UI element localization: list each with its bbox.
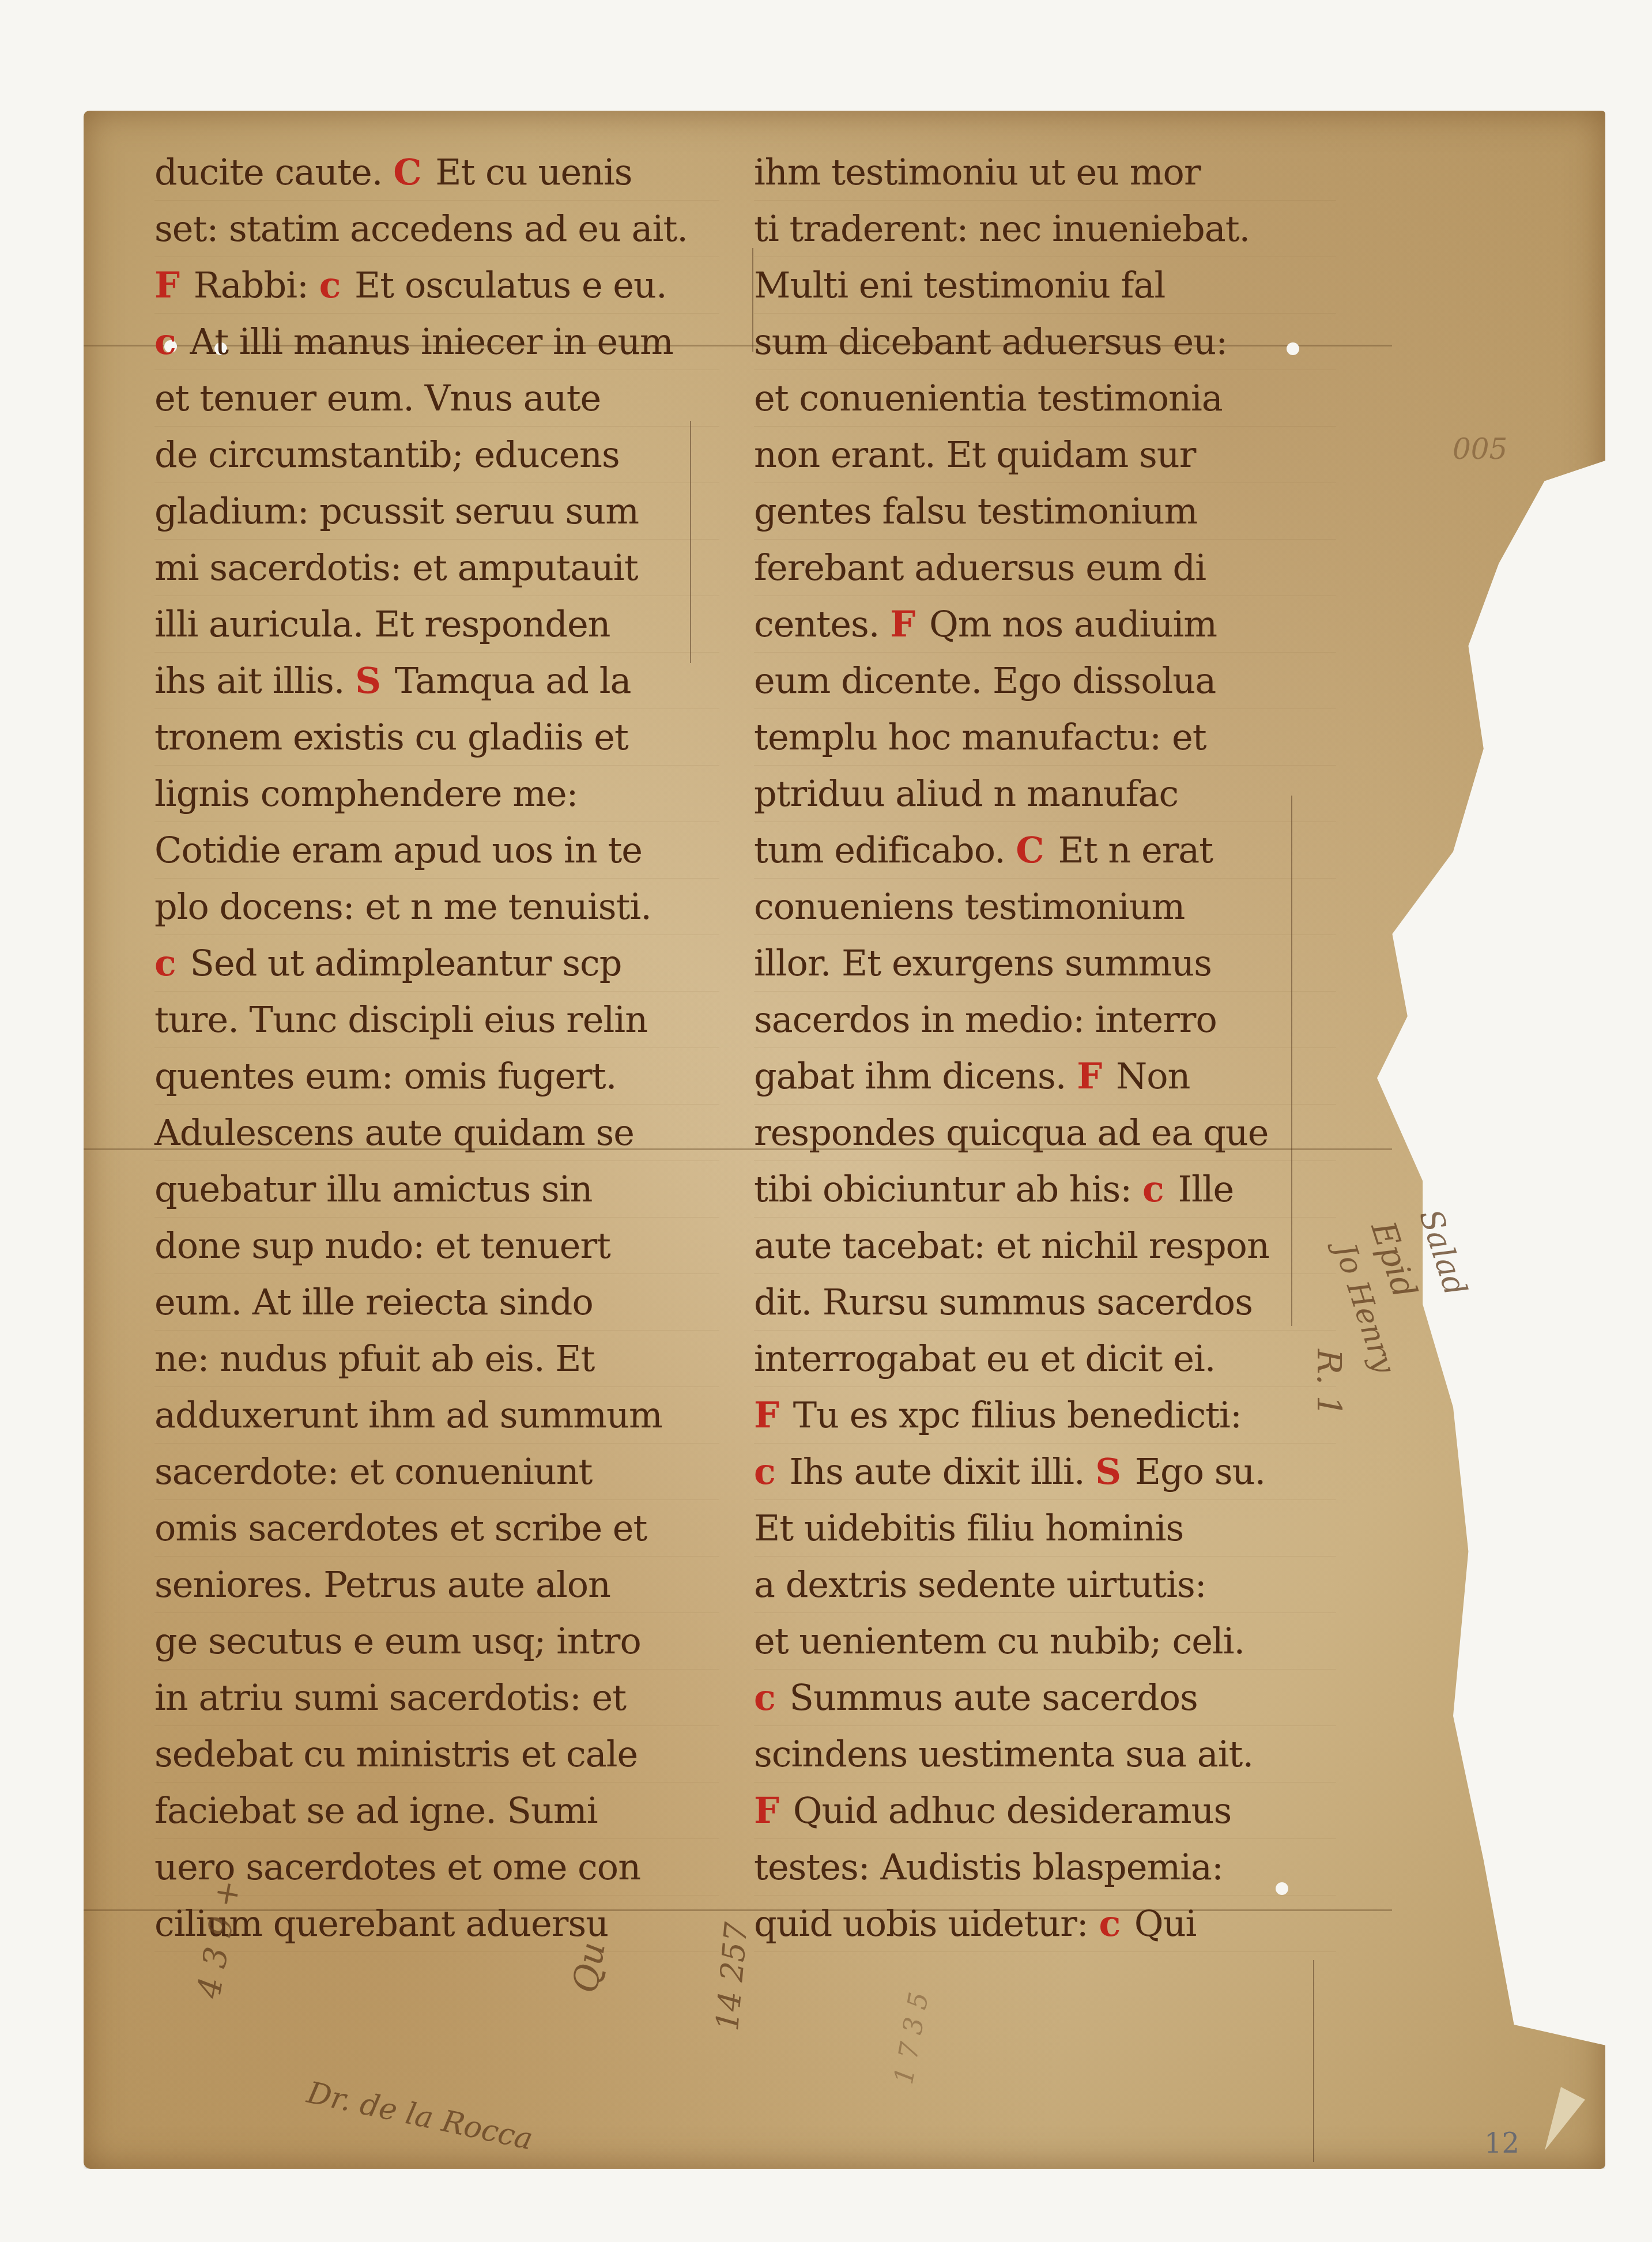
manuscript-line: ti traderent: nec inueniebat. <box>754 201 1336 257</box>
line-text: sum dicebant aduersus eu: <box>754 321 1227 363</box>
line-text: Multi eni testimoniu fal <box>754 264 1165 306</box>
manuscript-line: ihs ait illis. S Tamqua ad la <box>154 653 719 709</box>
line-text: Cotidie eram apud uos in te <box>154 829 642 871</box>
line-text: scindens uestimenta sua ait. <box>754 1733 1253 1775</box>
line-text: ne: nudus pfuit ab eis. Et <box>154 1337 595 1380</box>
line-text: At illi manus iniecer in eum <box>179 321 673 363</box>
rubric-marker: C <box>393 151 421 193</box>
manuscript-line: ferebant aduersus eum di <box>754 540 1336 596</box>
rubric-marker: c <box>319 264 341 306</box>
line-text: plo docens: et n me tenuisti. <box>154 886 651 928</box>
manuscript-line: tronem existis cu gladiis et <box>154 709 719 766</box>
line-text-after: Et n erat <box>1047 829 1213 871</box>
manuscript-line: gentes falsu testimonium <box>754 483 1336 540</box>
line-text: sedebat cu ministris et cale <box>154 1733 638 1775</box>
line-text: tibi obiciuntur ab his: <box>754 1168 1142 1210</box>
line-text: conueniens testimonium <box>754 886 1185 928</box>
manuscript-line: adduxerunt ihm ad summum <box>154 1387 719 1444</box>
manuscript-line: gladium: pcussit seruu sum <box>154 483 719 540</box>
line-text: Summus aute sacerdos <box>779 1676 1198 1719</box>
manuscript-line: sedebat cu ministris et cale <box>154 1726 719 1783</box>
manuscript-line: scindens uestimenta sua ait. <box>754 1726 1336 1783</box>
line-text: sacerdote: et conueniunt <box>154 1450 593 1493</box>
manuscript-line: c Ihs aute dixit illi. S Ego su. <box>754 1444 1336 1500</box>
rubric-marker: S <box>1095 1450 1121 1493</box>
line-text-after: Et osculatus e eu. <box>344 264 666 306</box>
manuscript-line: seniores. Petrus aute alon <box>154 1557 719 1613</box>
text-column-right: ihm testimoniu ut eu morti traderent: ne… <box>754 144 1336 1952</box>
manuscript-line: F Rabbi: c Et osculatus e eu. <box>154 257 719 314</box>
line-text-after: Qui <box>1123 1902 1196 1945</box>
line-text: ge secutus e eum usq; intro <box>154 1620 641 1662</box>
rubric-marker: C <box>1016 829 1043 871</box>
rubric-marker: c <box>1142 1168 1164 1210</box>
line-text: lignis comphendere me: <box>154 773 578 815</box>
line-text: gladium: pcussit seruu sum <box>154 490 639 532</box>
manuscript-line: et conuenientia testimonia <box>754 370 1336 427</box>
manuscript-line: sacerdote: et conueniunt <box>154 1444 719 1500</box>
line-text: eum. At ille reiecta sindo <box>154 1281 593 1323</box>
line-text: Tu es xpc filius benedicti: <box>782 1394 1242 1436</box>
line-text-after: Et cu uenis <box>425 151 632 193</box>
manuscript-line: in atriu sumi sacerdotis: et <box>154 1670 719 1726</box>
line-text: et tenuer eum. Vnus aute <box>154 377 601 419</box>
corner-pencil-number: 12 <box>1484 2127 1519 2160</box>
bottom-note-qu: Qu <box>565 1939 613 1996</box>
line-text: faciebat se ad igne. Sumi <box>154 1789 598 1832</box>
line-text: et conuenientia testimonia <box>754 377 1223 419</box>
line-text: Sed ut adimpleantur scp <box>179 942 622 984</box>
line-text: mi sacerdotis: et amputauit <box>154 547 638 589</box>
line-text: ti traderent: nec inueniebat. <box>754 208 1250 250</box>
manuscript-line: ducite caute. C Et cu uenis <box>154 144 719 201</box>
manuscript-line: Adulescens aute quidam se <box>154 1105 719 1161</box>
manuscript-line: done sup nudo: et tenuert <box>154 1218 719 1274</box>
manuscript-line: tum edificabo. C Et n erat <box>754 822 1336 879</box>
rubric-initial: c <box>154 321 176 363</box>
line-text-after: Ille <box>1167 1168 1234 1210</box>
line-text: ferebant aduersus eum di <box>754 547 1206 589</box>
line-text: testes: Audistis blaspemia: <box>754 1846 1223 1888</box>
line-text: centes. <box>754 603 890 645</box>
manuscript-line: aute tacebat: et nichil respon <box>754 1218 1336 1274</box>
line-text: adduxerunt ihm ad summum <box>154 1394 662 1436</box>
manuscript-line: respondes quicqua ad ea que <box>754 1105 1336 1161</box>
line-text: illi auricula. Et responden <box>154 603 610 645</box>
manuscript-line: Cotidie eram apud uos in te <box>154 822 719 879</box>
manuscript-line: c Summus aute sacerdos <box>754 1670 1336 1726</box>
manuscript-line: illi auricula. Et responden <box>154 596 719 653</box>
manuscript-line: plo docens: et n me tenuisti. <box>154 879 719 935</box>
line-text: et uenientem cu nubib; celi. <box>754 1620 1244 1662</box>
manuscript-line: tibi obiciuntur ab his: c Ille <box>754 1161 1336 1218</box>
line-text: ihm testimoniu ut eu mor <box>754 151 1201 193</box>
rubric-initial: c <box>754 1676 775 1719</box>
manuscript-line: set: statim accedens ad eu ait. <box>154 201 719 257</box>
manuscript-line: lignis comphendere me: <box>154 766 719 822</box>
manuscript-line: gabat ihm dicens. F Non <box>754 1048 1336 1105</box>
line-text: sacerdos in medio: interro <box>754 998 1217 1041</box>
manuscript-line: ihm testimoniu ut eu mor <box>754 144 1336 201</box>
manuscript-line: sacerdos in medio: interro <box>754 992 1336 1048</box>
line-text-after: Qm nos audiuim <box>918 603 1217 645</box>
manuscript-line: interrogabat eu et dicit ei. <box>754 1331 1336 1387</box>
line-text: respondes quicqua ad ea que <box>754 1111 1269 1154</box>
manuscript-line: ptriduu aliud n manufac <box>754 766 1336 822</box>
manuscript-line: mi sacerdotis: et amputauit <box>154 540 719 596</box>
column-ruling-center <box>752 248 753 352</box>
line-text: Rabbi: <box>183 264 319 306</box>
manuscript-line: non erant. Et quidam sur <box>754 427 1336 483</box>
line-text-after: Tamqua ad la <box>384 660 631 702</box>
rubric-marker: F <box>890 603 915 645</box>
manuscript-line: et tenuer eum. Vnus aute <box>154 370 719 427</box>
line-text-after: Ego su. <box>1124 1450 1265 1493</box>
manuscript-line: c At illi manus iniecer in eum <box>154 314 719 370</box>
manuscript-line: templu hoc manufactu: et <box>754 709 1336 766</box>
line-text: quid uobis uidetur: <box>754 1902 1099 1945</box>
manuscript-line: omis sacerdotes et scribe et <box>154 1500 719 1557</box>
manuscript-line: Et uidebitis filiu hominis <box>754 1500 1336 1557</box>
marginal-numbers-right: R. 1 <box>1310 1349 1349 1416</box>
line-text: Ihs aute dixit illi. <box>779 1450 1096 1493</box>
line-text: tronem existis cu gladiis et <box>154 716 628 758</box>
rubric-initial: F <box>754 1394 779 1436</box>
line-text: omis sacerdotes et scribe et <box>154 1507 647 1549</box>
manuscript-line: centes. F Qm nos audiuim <box>754 596 1336 653</box>
line-text: seniores. Petrus aute alon <box>154 1563 610 1606</box>
line-text: gentes falsu testimonium <box>754 490 1197 532</box>
line-text: templu hoc manufactu: et <box>754 716 1206 758</box>
rubric-marker: S <box>355 660 380 702</box>
line-text: tum edificabo. <box>754 829 1016 871</box>
manuscript-line: illor. Et exurgens summus <box>754 935 1336 992</box>
line-text: Quid adhuc desideramus <box>782 1789 1231 1832</box>
manuscript-line: quid uobis uidetur: c Qui <box>754 1896 1336 1952</box>
line-text: ture. Tunc discipli eius relin <box>154 998 647 1041</box>
manuscript-line: quentes eum: omis fugert. <box>154 1048 719 1105</box>
line-text: Et uidebitis filiu hominis <box>754 1507 1183 1549</box>
rubric-initial: F <box>754 1789 779 1832</box>
manuscript-line: eum. At ille reiecta sindo <box>154 1274 719 1331</box>
manuscript-line: F Tu es xpc filius benedicti: <box>754 1387 1336 1444</box>
line-text: aute tacebat: et nichil respon <box>754 1224 1269 1267</box>
line-text: a dextris sedente uirtutis: <box>754 1563 1206 1606</box>
manuscript-line: c Sed ut adimpleantur scp <box>154 935 719 992</box>
line-text: eum dicente. Ego dissolua <box>754 660 1216 702</box>
line-text: ptriduu aliud n manufac <box>754 773 1178 815</box>
marginal-numbers-top-right: 005 <box>1453 432 1507 466</box>
line-text: dit. Rursu summus sacerdos <box>754 1281 1253 1323</box>
manuscript-line: testes: Audistis blaspemia: <box>754 1839 1336 1896</box>
manuscript-line: faciebat se ad igne. Sumi <box>154 1783 719 1839</box>
manuscript-line: ture. Tunc discipli eius relin <box>154 992 719 1048</box>
rubric-marker: c <box>1099 1902 1120 1945</box>
manuscript-line: ne: nudus pfuit ab eis. Et <box>154 1331 719 1387</box>
manuscript-line: quebatur illu amictus sin <box>154 1161 719 1218</box>
line-text: set: statim accedens ad eu ait. <box>154 208 688 250</box>
line-text: done sup nudo: et tenuert <box>154 1224 610 1267</box>
line-text: ducite caute. <box>154 151 393 193</box>
line-text: illor. Et exurgens summus <box>754 942 1212 984</box>
line-text: gabat ihm dicens. <box>754 1055 1077 1097</box>
line-text: in atriu sumi sacerdotis: et <box>154 1676 626 1719</box>
text-column-left: ducite caute. C Et cu uenisset: statim a… <box>154 144 719 1952</box>
line-text: Adulescens aute quidam se <box>154 1111 634 1154</box>
rubric-initial: c <box>754 1450 775 1493</box>
line-text: ihs ait illis. <box>154 660 355 702</box>
manuscript-line: eum dicente. Ego dissolua <box>754 653 1336 709</box>
line-text: quentes eum: omis fugert. <box>154 1055 616 1097</box>
rubric-marker: F <box>1077 1055 1102 1097</box>
manuscript-line: sum dicebant aduersus eu: <box>754 314 1336 370</box>
line-text: interrogabat eu et dicit ei. <box>754 1337 1215 1380</box>
rubric-initial: c <box>154 942 176 984</box>
manuscript-line: et uenientem cu nubib; celi. <box>754 1613 1336 1670</box>
manuscript-line: de circumstantib; educens <box>154 427 719 483</box>
rubric-initial: F <box>154 264 179 306</box>
column-ruling-lower <box>1313 1960 1314 2162</box>
manuscript-line: a dextris sedente uirtutis: <box>754 1557 1336 1613</box>
line-text: quebatur illu amictus sin <box>154 1168 593 1210</box>
line-text: non erant. Et quidam sur <box>754 434 1195 476</box>
manuscript-line: F Quid adhuc desideramus <box>754 1783 1336 1839</box>
manuscript-line: ge secutus e eum usq; intro <box>154 1613 719 1670</box>
line-text-after: Non <box>1105 1055 1190 1097</box>
manuscript-line: dit. Rursu summus sacerdos <box>754 1274 1336 1331</box>
line-text: de circumstantib; educens <box>154 434 620 476</box>
manuscript-line: Multi eni testimoniu fal <box>754 257 1336 314</box>
manuscript-line: conueniens testimonium <box>754 879 1336 935</box>
